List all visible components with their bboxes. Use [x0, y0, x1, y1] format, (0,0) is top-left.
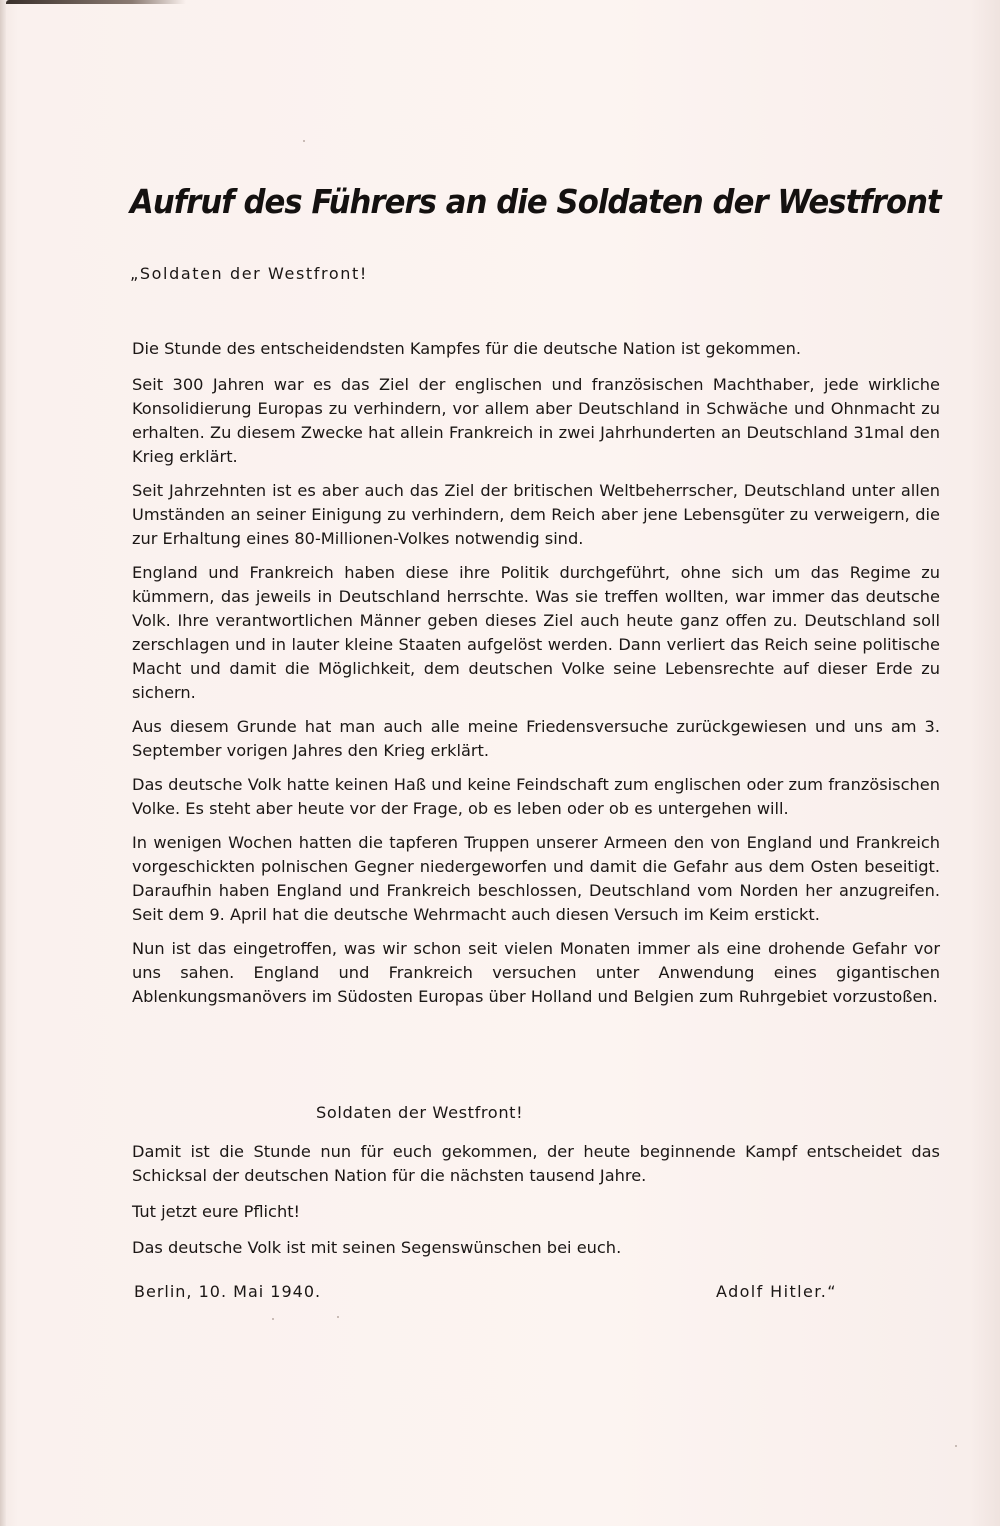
- scanned-page: Aufruf des Führers an die Soldaten der W…: [0, 0, 1000, 1526]
- document-title: Aufruf des Führers an die Soldaten der W…: [130, 182, 883, 221]
- paragraph: Seit Jahrzehnten ist es aber auch das Zi…: [132, 479, 940, 551]
- paragraph: Nun ist das eingetroffen, was wir schon …: [132, 937, 940, 1009]
- page-binding-edge: [0, 0, 6, 1526]
- paper-speck: [272, 1318, 274, 1320]
- paper-speck: [337, 1316, 339, 1318]
- closing-paragraph: Das deutsche Volk ist mit seinen Segensw…: [132, 1236, 940, 1260]
- paper-speck: [955, 1445, 957, 1447]
- closing-paragraph: Tut jetzt eure Pflicht!: [132, 1200, 940, 1224]
- closing-paragraph: Damit ist die Stunde nun für euch gekomm…: [132, 1140, 940, 1188]
- salutation: „Soldaten der Westfront!: [130, 264, 368, 283]
- body-text: Die Stunde des entscheidendsten Kampfes …: [132, 337, 940, 1019]
- signature: Adolf Hitler.“: [716, 1282, 837, 1301]
- page-top-edge-shadow: [6, 0, 186, 4]
- place-and-date: Berlin, 10. Mai 1940.: [134, 1282, 321, 1301]
- paragraph: Die Stunde des entscheidendsten Kampfes …: [132, 337, 940, 361]
- centered-address: Soldaten der Westfront!: [316, 1103, 523, 1122]
- closing-text: Damit ist die Stunde nun für euch gekomm…: [132, 1140, 940, 1272]
- paragraph: In wenigen Wochen hatten die tapferen Tr…: [132, 831, 940, 927]
- paragraph: Aus diesem Grunde hat man auch alle mein…: [132, 715, 940, 763]
- paragraph: Seit 300 Jahren war es das Ziel der engl…: [132, 373, 940, 469]
- paragraph: England und Frankreich haben diese ihre …: [132, 561, 940, 705]
- paper-speck: [303, 140, 305, 142]
- paragraph: Das deutsche Volk hatte keinen Haß und k…: [132, 773, 940, 821]
